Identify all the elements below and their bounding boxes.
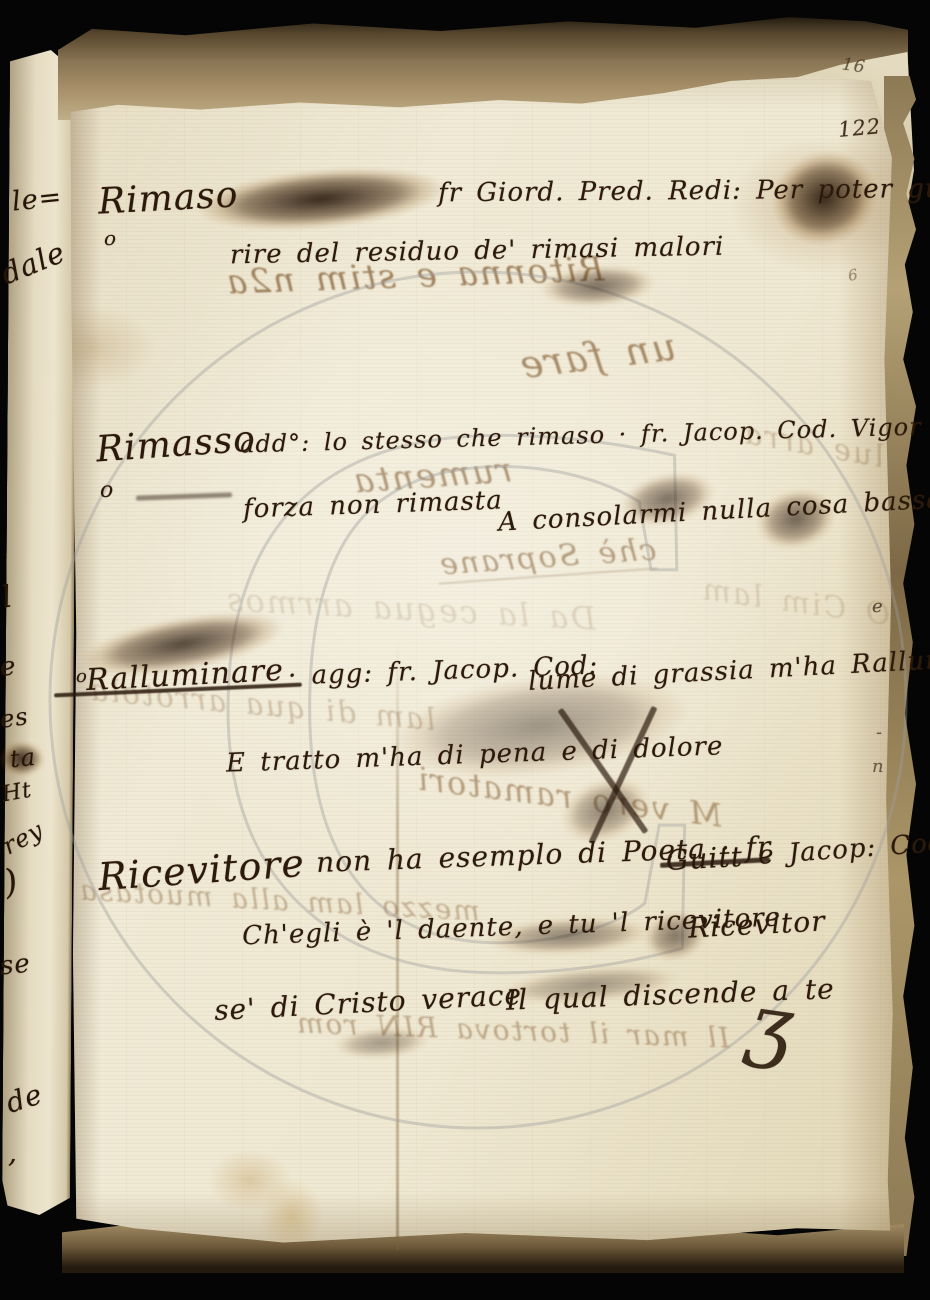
edge-text-fragment: n — [872, 756, 885, 777]
edge-text-fragment: - — [876, 722, 883, 743]
manuscript-photo: 122 16 Ritonna e stim n2a un fare rument… — [0, 0, 930, 1300]
edge-text-fragment: Ht — [0, 778, 34, 808]
edge-text-fragment: e — [872, 596, 884, 617]
edge-text-fragment: 6 — [847, 265, 861, 285]
entry-marker: o — [100, 478, 114, 503]
entry-citation: fr Giord. Pred. Redi: Per poter gua= — [438, 174, 930, 209]
edge-text-fragment: le= — [11, 181, 64, 217]
edge-text-fragment: ta — [9, 743, 38, 774]
entry-headword: Rimaso — [97, 174, 239, 222]
entry-marker: o — [104, 226, 117, 250]
edge-text-fragment: e — [0, 651, 18, 682]
underlying-page-edge-left — [2, 50, 78, 1215]
edge-text-fragment: , — [8, 1136, 18, 1169]
folio-number: 122 — [837, 114, 882, 142]
verso-corner-number: 16 — [841, 54, 867, 77]
edge-text-fragment: es — [0, 702, 30, 734]
edge-text-fragment: se — [0, 948, 32, 981]
